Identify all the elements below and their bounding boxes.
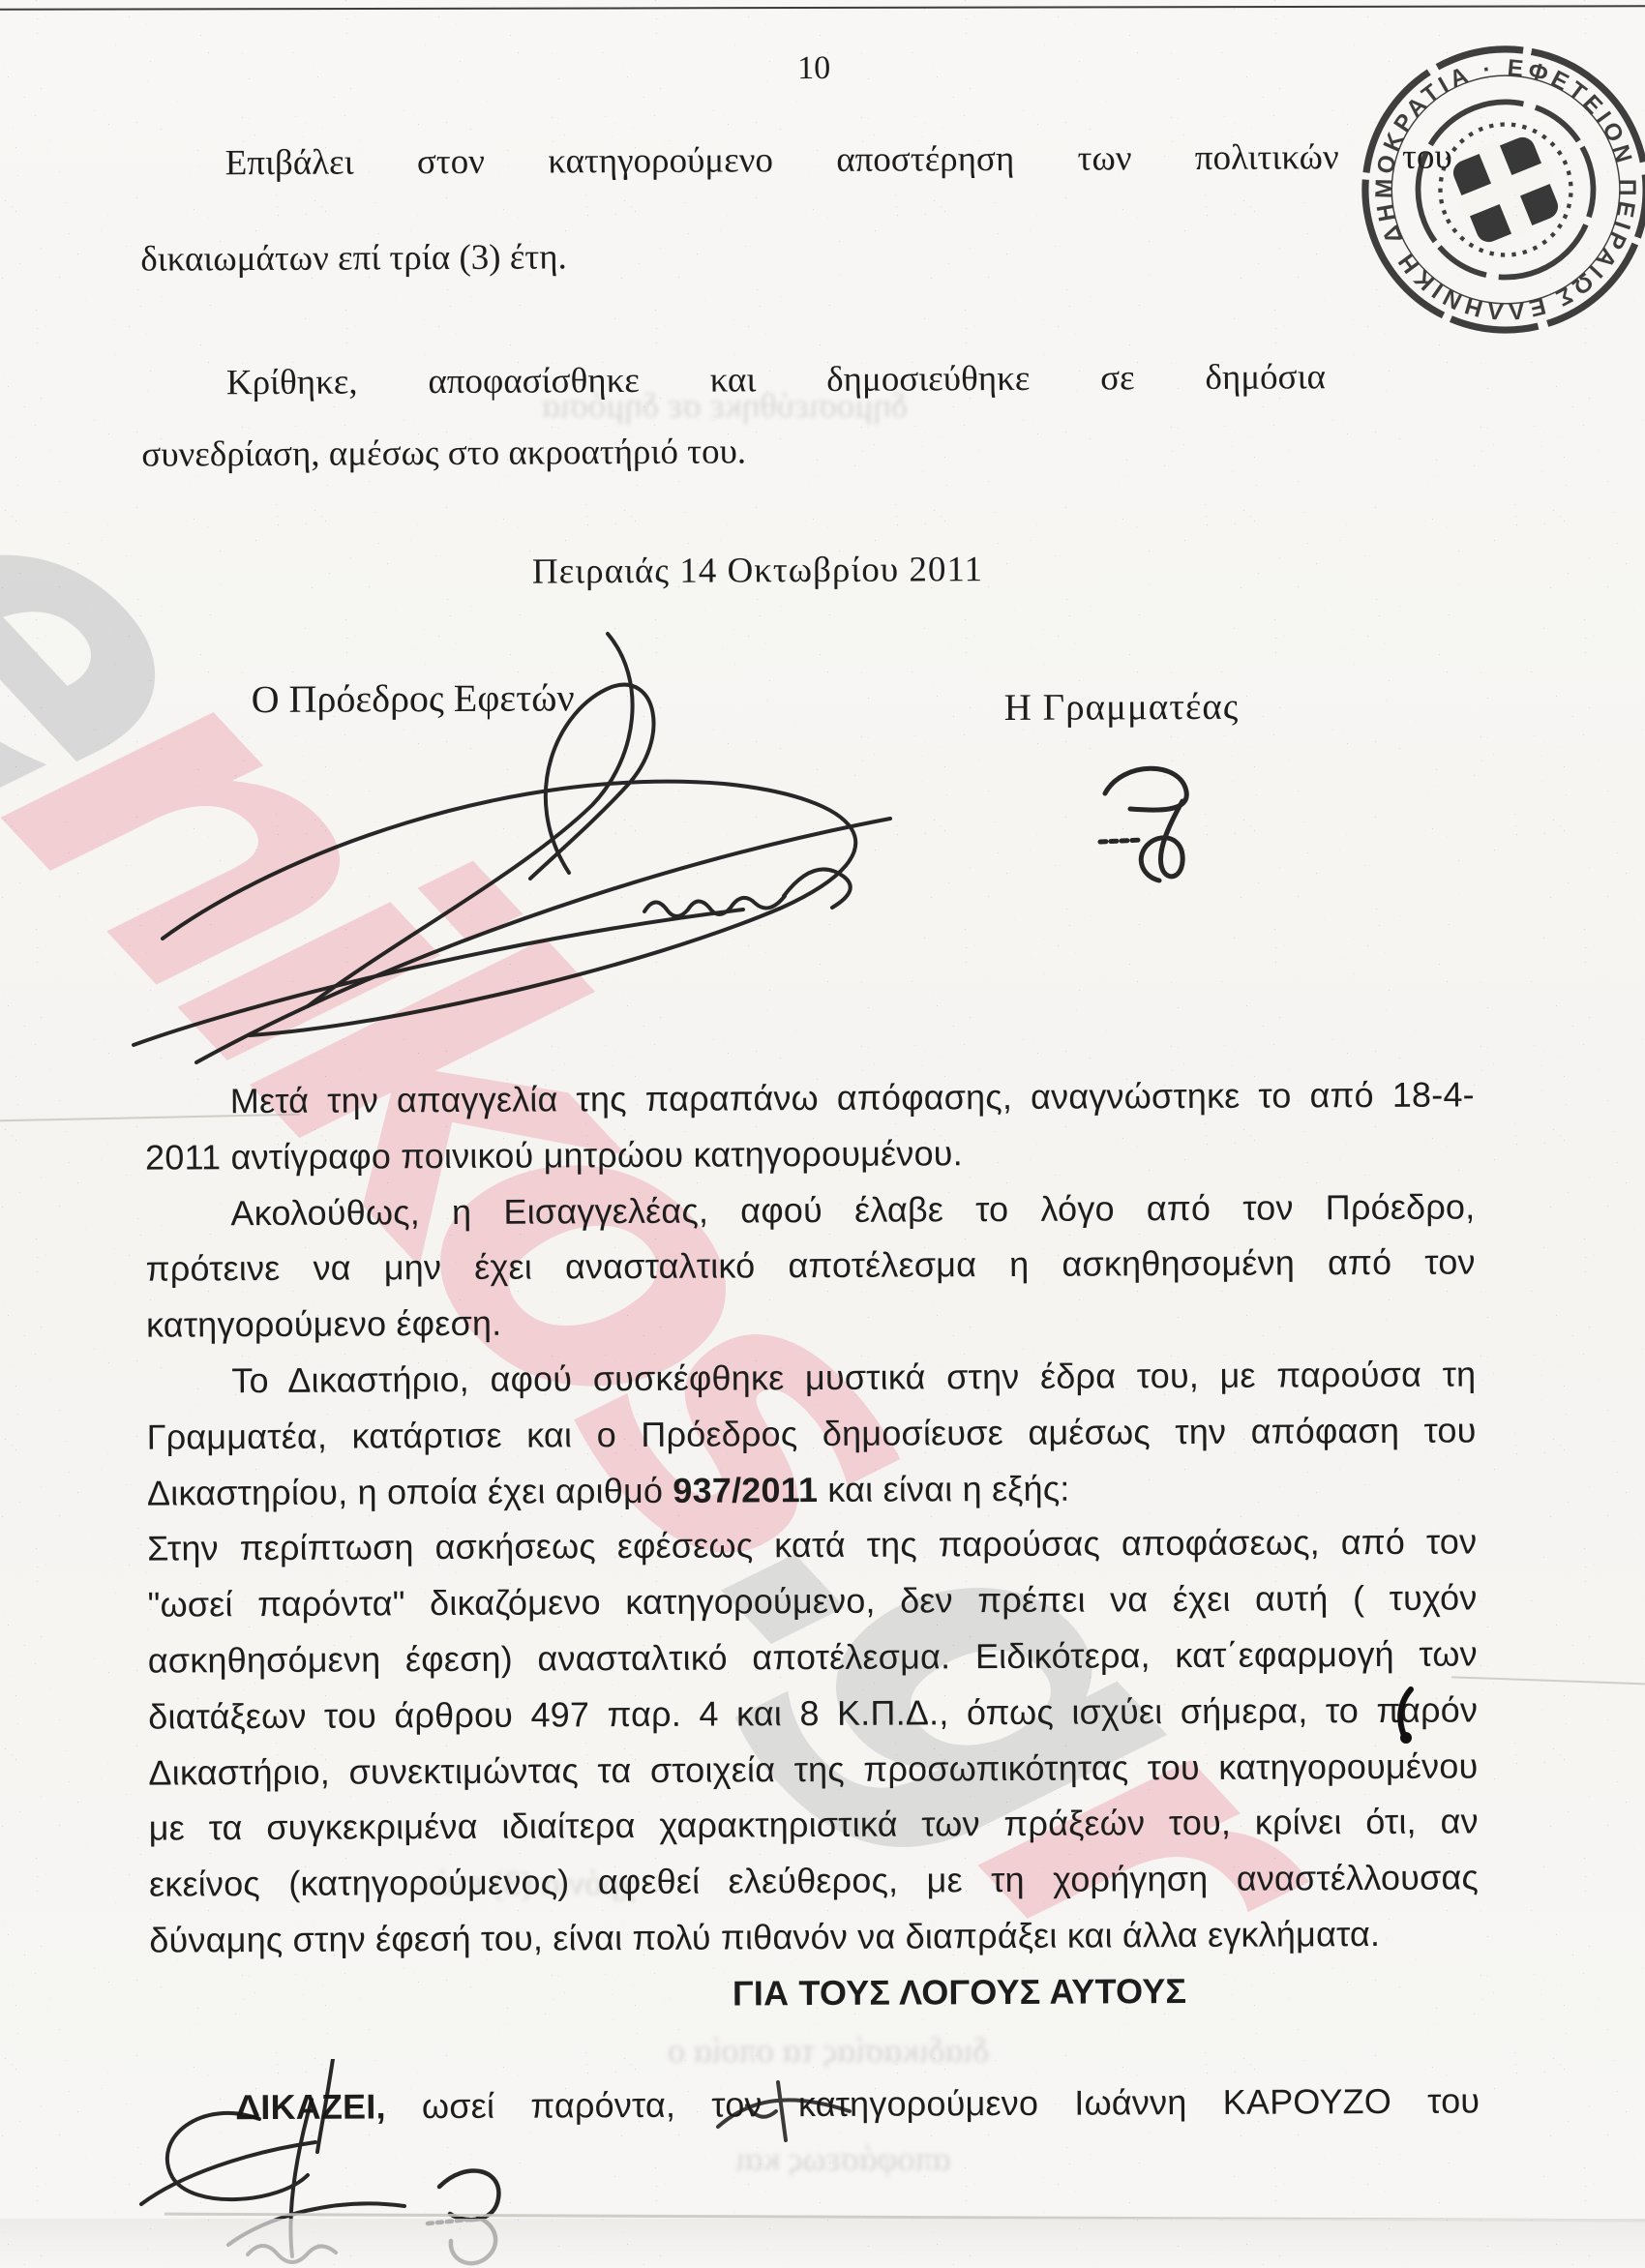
verdict-paragraph-deprivation-rights: Επιβάλει στον κατηγορούμενο αποστέρηση τ… bbox=[139, 109, 1452, 308]
page-number: 10 bbox=[797, 50, 830, 87]
handwritten-accent-mark bbox=[1391, 1686, 1421, 1747]
secretary-label: Η Γραμματέας bbox=[1004, 685, 1240, 730]
greek-coat-of-arms-icon bbox=[1443, 127, 1570, 254]
verdict-paragraph-public-session: Κρίθηκε, αποφασίσθηκε και δημοσιεύθηκε σ… bbox=[141, 342, 1327, 491]
paper-bottom-shadow bbox=[0, 2219, 1645, 2268]
court-round-stamp: ΕΛΛΗΝΙΚΗ ΔΗΜΟΚΡΑΤΙΑ · ΕΦΕΤΕΙΟΝ ΠΕΙΡΑΙΩΣ bbox=[1353, 37, 1645, 343]
place-date-line: Πειραιάς 14 Οκτωβρίου 2011 bbox=[532, 549, 983, 592]
president-signature bbox=[105, 619, 946, 1074]
scanned-court-document-page: enikos.gr δημοσιεύθηκε σε δημόσια χρόνια… bbox=[0, 0, 1645, 2268]
handwritten-scrawl bbox=[708, 2076, 863, 2150]
secretary-signature bbox=[1086, 753, 1221, 898]
decision-body-text: Μετά την απαγγελία της παραπάνω απόφασης… bbox=[145, 1066, 1480, 2135]
